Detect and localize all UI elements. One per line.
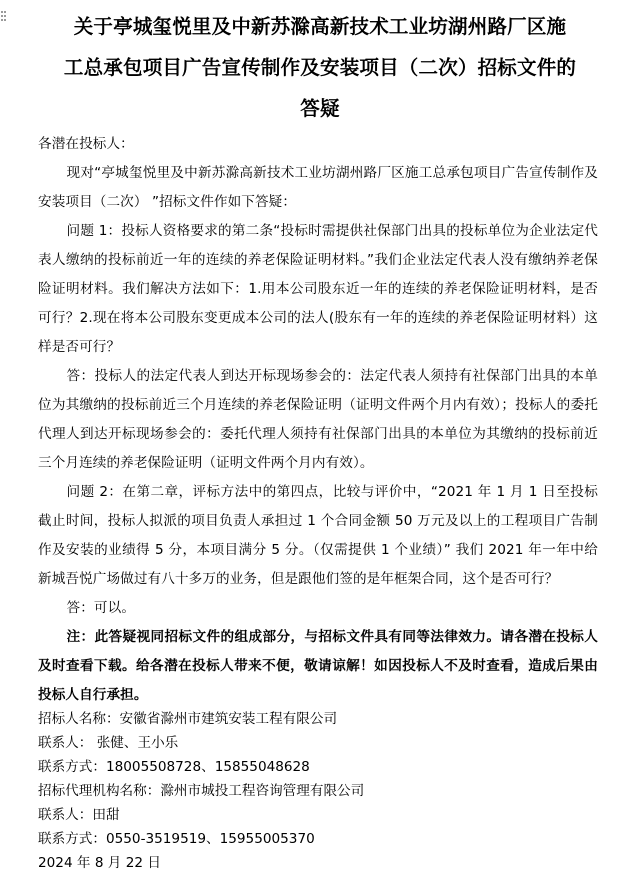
question-2: 问题 2：在第二章，评标方法中的第四点，比较与评价中，“2021 年 1 月 1… [38, 478, 598, 594]
tenderer-contact: 联系人： 张健、王小乐 [38, 731, 598, 755]
document-title: 关于亭城玺悦里及中新苏滁高新技术工业坊湖州路厂区施 工总承包项目广告宣传制作及安… [20, 6, 620, 129]
drag-handle-icon[interactable] [1, 11, 7, 23]
tenderer-name: 招标人名称：安徽省滁州市建筑安装工程有限公司 [38, 707, 598, 731]
agency-contact: 联系人：田甜 [38, 803, 598, 827]
agency-phone: 联系方式：0550-3519519、15955005370 [38, 827, 598, 851]
title-line-3: 答疑 [20, 88, 620, 129]
title-line-2: 工总承包项目广告宣传制作及安装项目（二次）招标文件的 [20, 47, 620, 88]
agency-name: 招标代理机构名称：滁州市城投工程咨询管理有限公司 [38, 779, 598, 803]
intro-paragraph: 现对“亭城玺悦里及中新苏滁高新技术工业坊湖州路厂区施工总承包项目广告宣传制作及安… [38, 159, 598, 217]
salutation: 各潜在投标人： [38, 130, 598, 159]
legal-note: 注：此答疑视同招标文件的组成部分，与招标文件具有同等法律效力。请各潜在投标人及时… [38, 623, 598, 710]
tenderer-phone: 联系方式：18005508728、15855048628 [38, 755, 598, 779]
answer-2: 答：可以。 [38, 594, 598, 623]
document-body: 各潜在投标人： 现对“亭城玺悦里及中新苏滁高新技术工业坊湖州路厂区施工总承包项目… [38, 130, 598, 710]
title-line-1: 关于亭城玺悦里及中新苏滁高新技术工业坊湖州路厂区施 [20, 6, 620, 47]
question-1: 问题 1：投标人资格要求的第二条“投标时需提供社保部门出具的投标单位为企业法定代… [38, 217, 598, 362]
document-date: 2024 年 8 月 22 日 [38, 851, 598, 875]
contact-block: 招标人名称：安徽省滁州市建筑安装工程有限公司 联系人： 张健、王小乐 联系方式：… [38, 707, 598, 875]
answer-1: 答：投标人的法定代表人到达开标现场参会的：法定代表人须持有社保部门出具的本单位为… [38, 362, 598, 478]
